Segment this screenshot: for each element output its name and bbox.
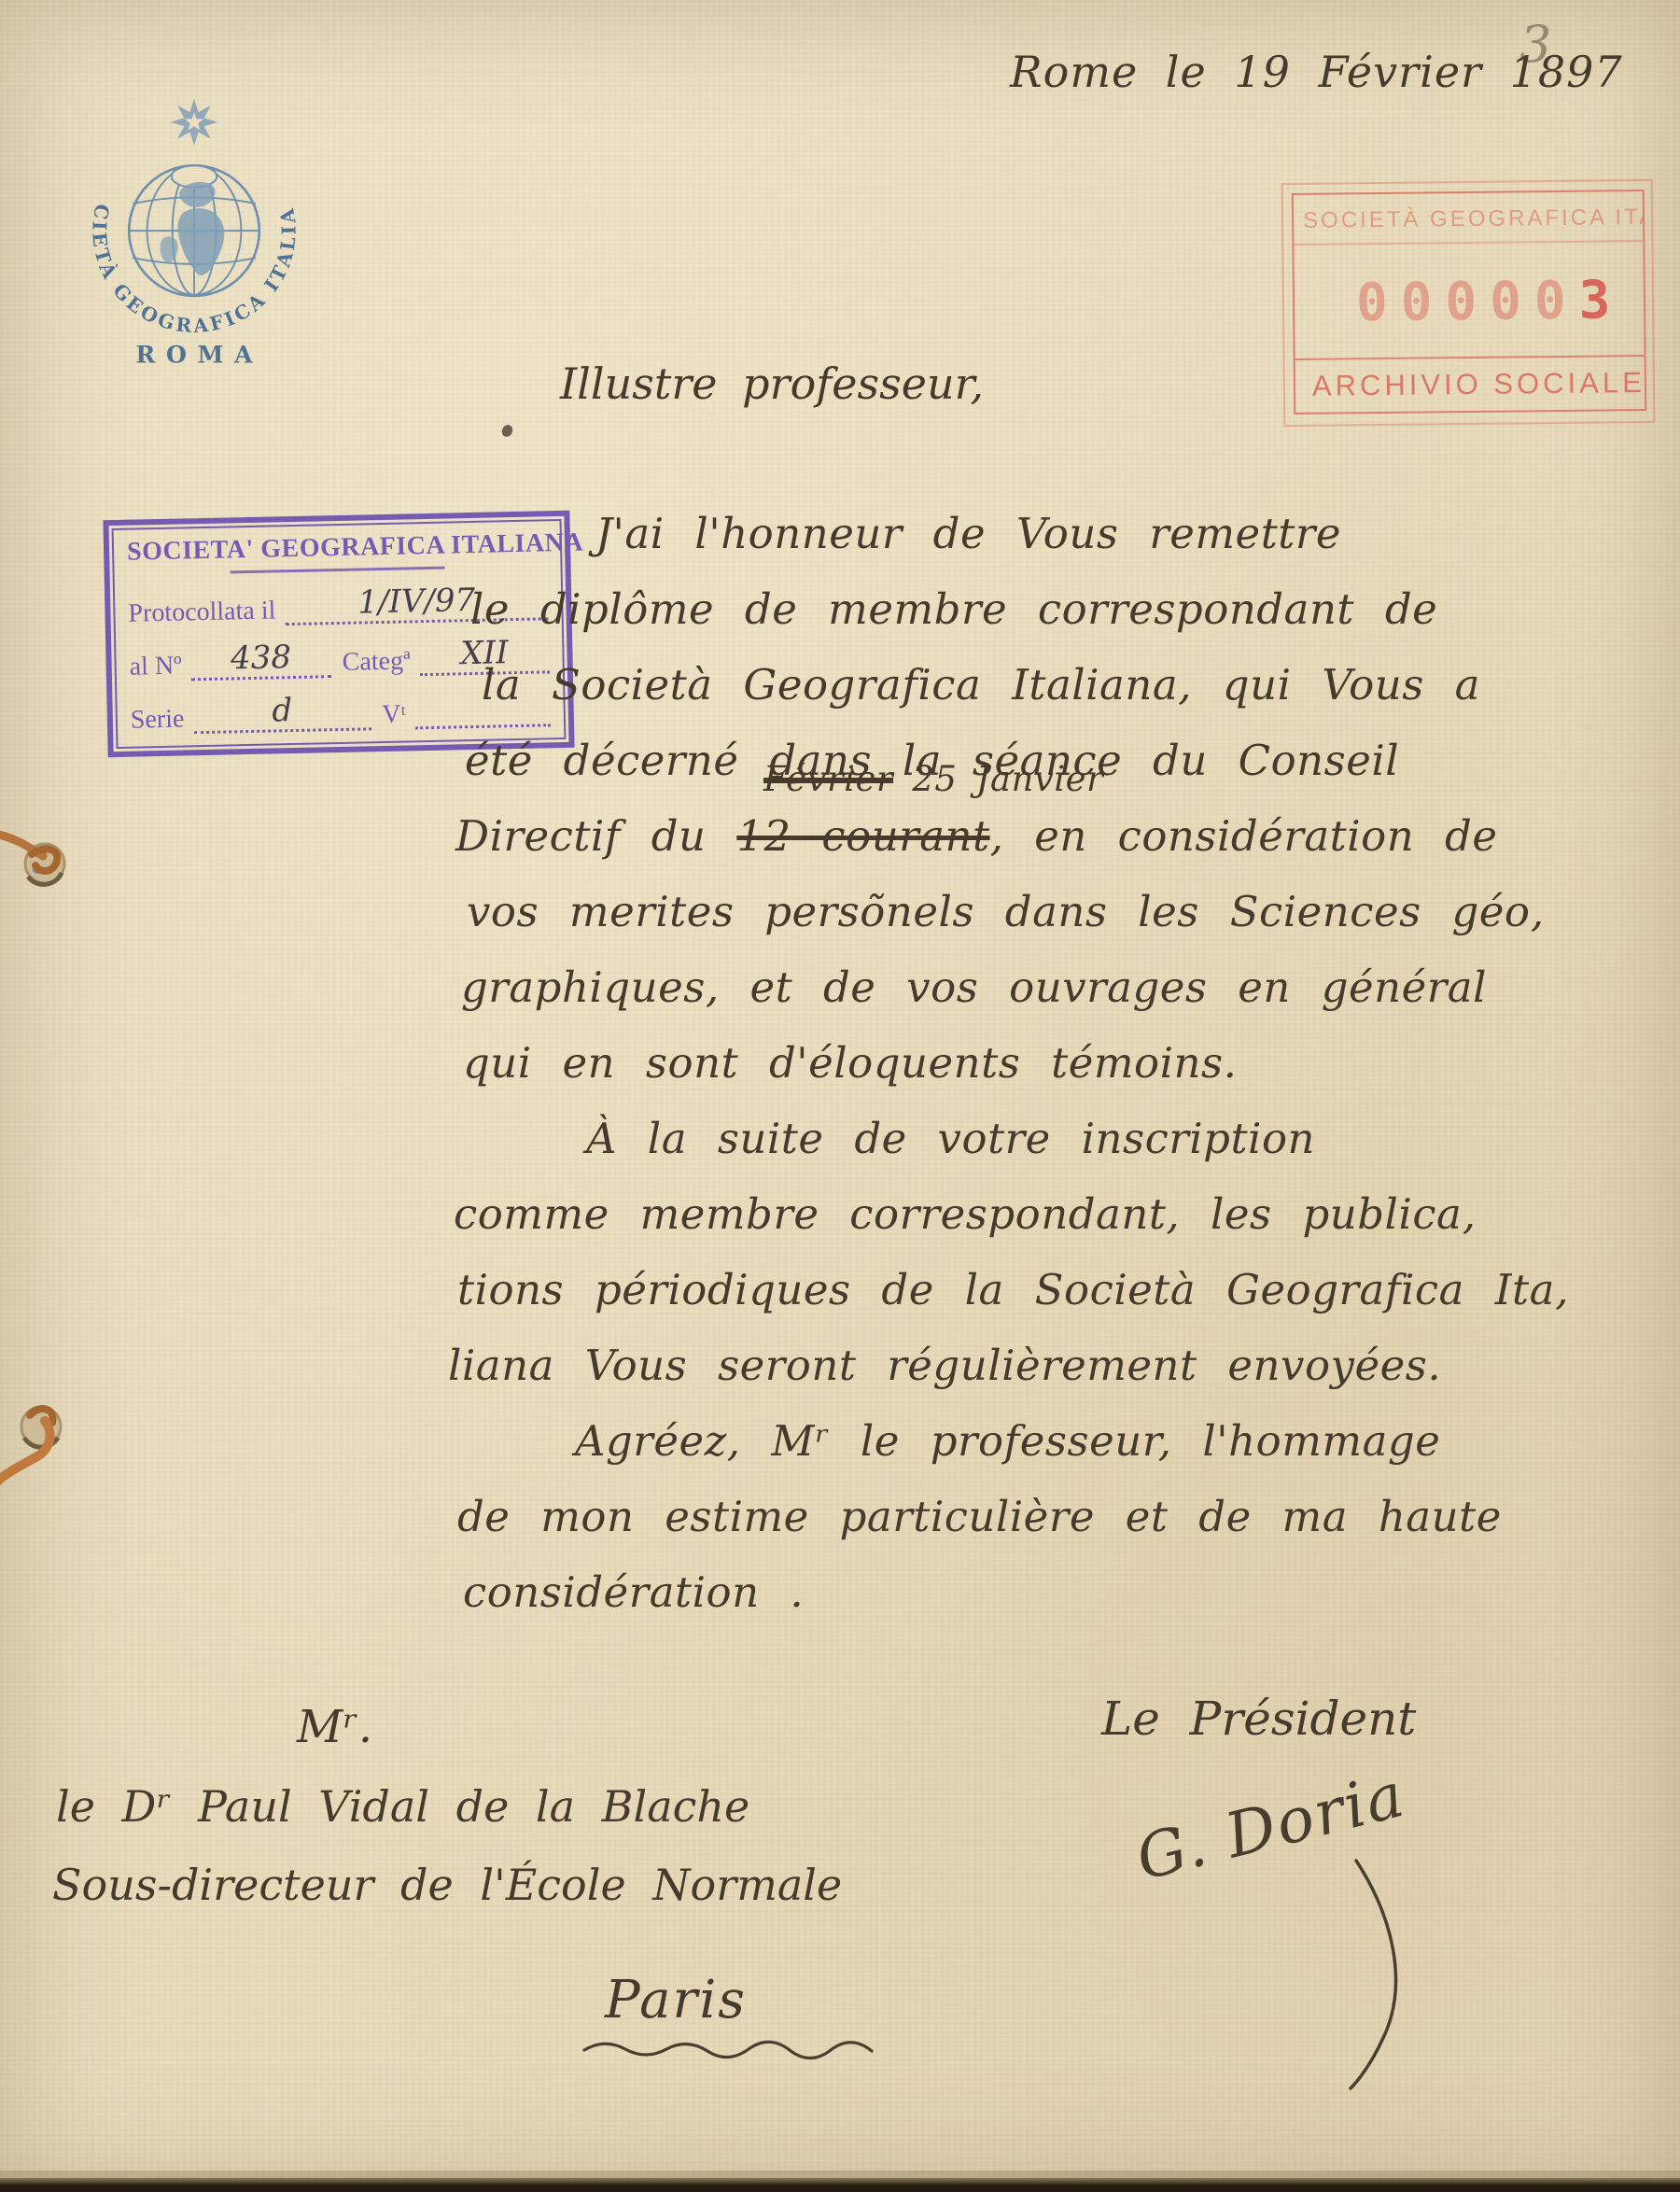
letter-line: comme membre correspondant, les publica‚ [454, 1189, 1641, 1265]
correction-struck-word: Février [763, 759, 893, 799]
letter-line-corrected: Février 25 Janvier Directif du 12 couran… [455, 811, 1641, 887]
letter-line: vos merites persõnels dans les Sciences … [467, 887, 1641, 963]
corrected-line-struck: 12 courant [736, 811, 989, 861]
letter-line: qui en sont d'éloquents témoins. [463, 1038, 1641, 1114]
protocol-value-numero: 438 [190, 638, 331, 681]
logo-city-text: ROMA [135, 341, 263, 369]
corrected-line-prefix: Directif du [455, 811, 736, 861]
red-stamp-number-clear: 3 [1578, 270, 1623, 330]
letter-line: Agréez, Mʳ le professeur, l'hommage [575, 1416, 1641, 1492]
addressee-name: le Dʳ Paul Vidal de la Blache [56, 1781, 749, 1832]
letter-line: J'ai l'honneur de Vous remettre [595, 509, 1641, 584]
protocol-label-categoria: Categª [330, 646, 420, 678]
red-stamp-footer: ARCHIVIO SOCIALE [1295, 357, 1645, 413]
red-stamp-number-faded: 00000 [1356, 271, 1579, 333]
addressee-title: Sous-directeur de l'École Normale [52, 1860, 842, 1910]
logo-globe [129, 165, 259, 296]
letter-line: la Società Geografica Italiana, qui Vous… [482, 660, 1641, 736]
letter-line: de mon estime particulière et de ma haut… [457, 1492, 1641, 1567]
binding-hole-twine-bottom [0, 1372, 103, 1512]
letter-line: le diplôme de membre correspondant de [470, 584, 1641, 660]
letter-body: J'ai l'honneur de Vous remettre le diplô… [455, 509, 1641, 1643]
page-bottom-shade [0, 2171, 1680, 2178]
salutation: Illustre professeur, [560, 358, 984, 409]
protocol-stamp-rule [231, 567, 445, 574]
closing-title: Le Président [1101, 1692, 1416, 1746]
interline-correction: Février 25 Janvier [763, 759, 1103, 799]
red-stamp-number: 000003 [1294, 242, 1644, 360]
red-stamp-header: SOCIETÀ GEOGRAFICA ITALIANA [1294, 191, 1644, 246]
ink-speck [500, 423, 515, 439]
protocol-value-serie: d [193, 690, 371, 734]
red-archive-stamp: SOCIETÀ GEOGRAFICA ITALIANA 000003 ARCHI… [1292, 190, 1646, 415]
page-bottom-edge [0, 2178, 1680, 2192]
corrected-line-suffix: , en considération de [990, 811, 1498, 861]
letter-line: considération . [463, 1567, 1641, 1643]
addressee-honorific: Mʳ. [297, 1701, 372, 1753]
date-line: Rome le 19 Février 1897 [1010, 47, 1623, 97]
correction-inserted-text: 25 Janvier [912, 759, 1103, 799]
logo-star-icon [171, 99, 217, 146]
protocol-label-serie: Serie [131, 704, 194, 735]
paris-underline-flourish [579, 2037, 896, 2061]
letter-line: liana Vous seront régulièrement envoyées… [448, 1341, 1641, 1416]
protocol-label-numero: al Nº [129, 651, 191, 681]
addressee-city: Paris [605, 1970, 747, 2030]
letter-line: graphiques, et de vos ouvrages en généra… [461, 963, 1641, 1038]
protocol-label-protocollata: Protocollata il [128, 596, 285, 629]
society-logo: SOCIETÀ GEOGRAFICA ITALIANA ROMA [77, 86, 312, 385]
signature-flourish [1302, 1853, 1489, 2096]
binding-hole-twine-top [0, 798, 103, 920]
letter-line: À la suite de votre inscription [586, 1114, 1641, 1189]
protocol-label-v: Vᵗ [371, 699, 415, 730]
letter-line: tions périodiques de la Società Geografi… [457, 1265, 1641, 1341]
scanned-letter-page: 3 Rome le 19 Février 1897 SOCIETÀ GEOGRA… [0, 0, 1680, 2192]
